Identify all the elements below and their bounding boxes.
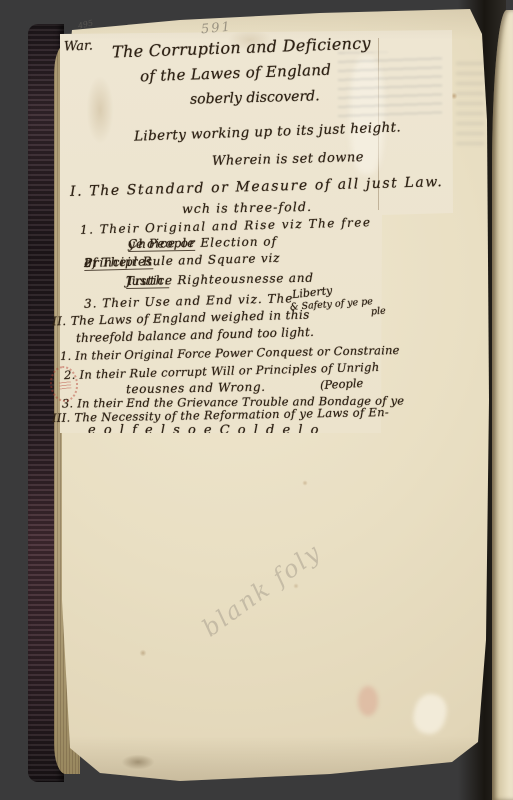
ink-showthrough: [338, 52, 442, 118]
ms-text-underlined: ye People: [128, 237, 195, 252]
ms-text: of: [84, 257, 98, 269]
ms-text: e o l f e l s o e C o l d e l o: [88, 424, 320, 433]
stamp-lettering: [59, 380, 72, 389]
next-page-edge: [492, 10, 513, 800]
ms-text-underlined: Truth.: [126, 274, 169, 289]
ms-line: teousnes and Wrong.: [126, 381, 266, 395]
title-line-3: soberly discoverd.: [190, 89, 320, 106]
ms-line: Wherein is set downe: [212, 151, 364, 168]
ms-line: wch is three-fold.: [182, 201, 312, 216]
ms-insert: ple: [371, 306, 386, 317]
folio-number: 591: [200, 21, 232, 37]
margin-note: War.: [64, 39, 93, 53]
manuscript-photo: 591 495 War. The Corruption and Deficien…: [0, 0, 513, 800]
ink-showthrough: [456, 62, 484, 148]
red-smudge: [358, 686, 378, 716]
ms-line-cut-off: e o l f e l s o e C o l d e l o: [88, 420, 388, 433]
ms-insert: (People: [320, 378, 364, 392]
